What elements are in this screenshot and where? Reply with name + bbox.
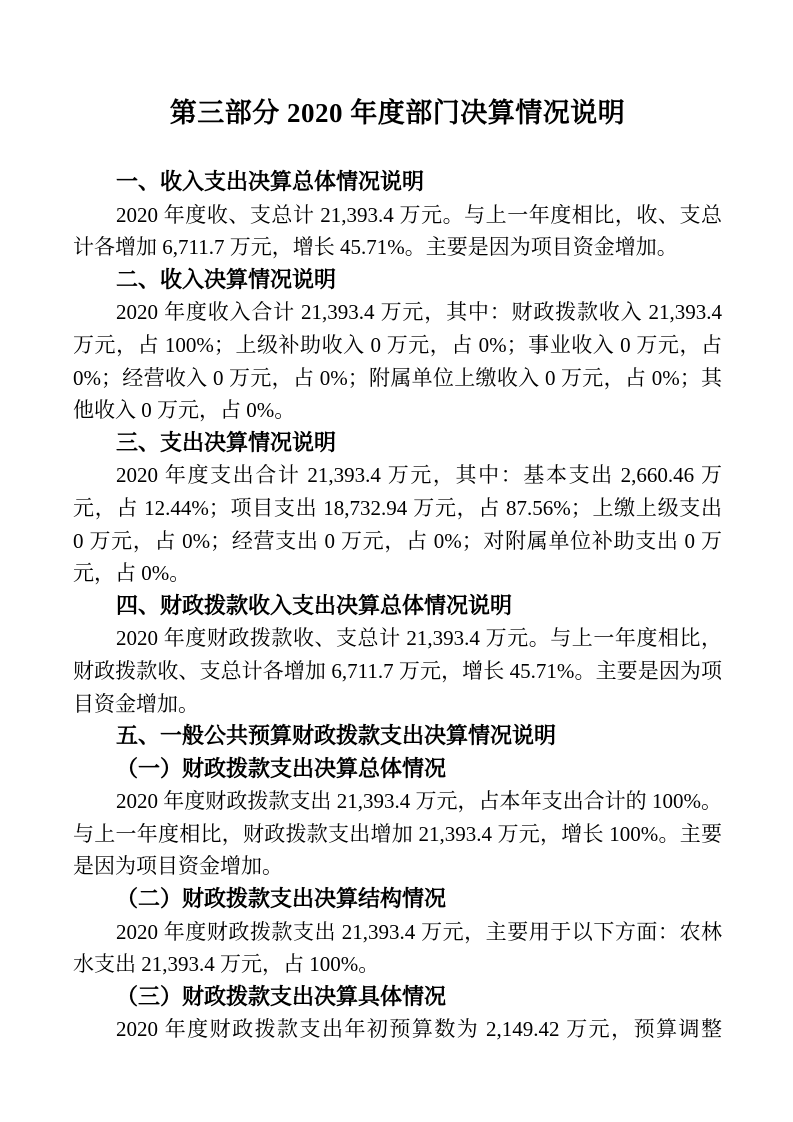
subsection-heading-5-1: （一）财政拨款支出决算总体情况 [73,753,722,786]
section-heading-3: 三、支出决算情况说明 [73,427,722,460]
section-1-paragraph: 2020 年度收、支总计 21,393.4 万元。与上一年度相比，收、支总计各增… [73,199,722,264]
subsection-heading-5-2: （二）财政拨款支出决算结构情况 [73,883,722,916]
subsection-5-3-paragraph-clipped: 2020 年度财政拨款支出年初预算数为 2,149.42 万元，预算调整 [73,1013,722,1046]
section-heading-1: 一、收入支出决算总体情况说明 [73,166,722,199]
subsection-5-1-paragraph: 2020 年度财政拨款支出 21,393.4 万元，占本年支出合计的 100%。… [73,785,722,883]
document-page: 第三部分 2020 年度部门决算情况说明 一、收入支出决算总体情况说明 2020… [0,0,793,1122]
section-heading-5: 五、一般公共预算财政拨款支出决算情况说明 [73,720,722,753]
section-2-paragraph: 2020 年度收入合计 21,393.4 万元，其中：财政拨款收入 21,393… [73,296,722,426]
section-4-paragraph: 2020 年度财政拨款收、支总计 21,393.4 万元。与上一年度相比，财政拨… [73,622,722,720]
subsection-5-2-paragraph: 2020 年度财政拨款支出 21,393.4 万元，主要用于以下方面：农林水支出… [73,916,722,981]
section-heading-4: 四、财政拨款收入支出决算总体情况说明 [73,590,722,623]
subsection-heading-5-3: （三）财政拨款支出决算具体情况 [73,981,722,1014]
section-3-paragraph: 2020 年度支出合计 21,393.4 万元，其中：基本支出 2,660.46… [73,459,722,589]
section-heading-2: 二、收入决算情况说明 [73,264,722,297]
document-title: 第三部分 2020 年度部门决算情况说明 [73,96,722,130]
